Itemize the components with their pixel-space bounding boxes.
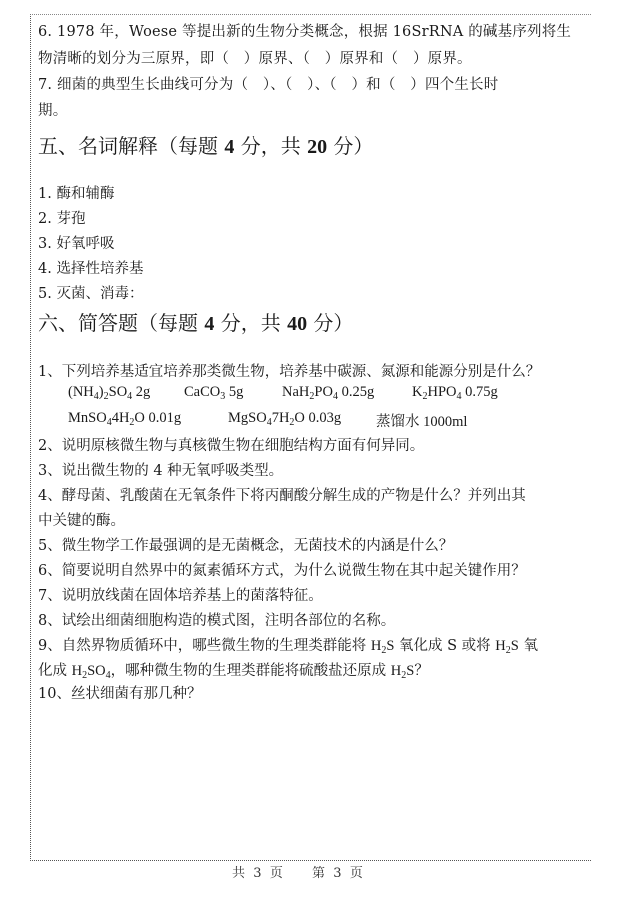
question-8: 8、试绘出细菌细胞构造的模式图，注明各部位的名称。 bbox=[38, 609, 395, 630]
question-1: 1、下列培养基适宜培养那类微生物，培养基中碳源、氮源和能源分别是什么？ bbox=[38, 360, 540, 381]
section5-points-total: 20 bbox=[307, 136, 327, 158]
page-count: 共 3 页 bbox=[232, 862, 283, 881]
section5-heading: 五、名词解释（每题 4 分，共 20 分） bbox=[38, 130, 373, 159]
question-3: 3、说出微生物的 4 种无氧呼吸类型。 bbox=[38, 459, 283, 480]
question-7: 7、说明放线菌在固体培养基上的菌落特征。 bbox=[38, 584, 323, 605]
medium-ammonium-sulfate: (NH4)2SO4 2g bbox=[68, 384, 150, 401]
question-4-line2: 中关键的酶。 bbox=[38, 509, 125, 530]
question-9-line2: 化成 H2SO4，哪种微生物的生理类群能将硫酸盐还原成 H2S？ bbox=[38, 659, 429, 680]
medium-distilled-water: 蒸馏水 1000ml bbox=[376, 410, 467, 431]
section6-heading: 六、简答题（每题 4 分，共 40 分） bbox=[38, 307, 353, 336]
term-item: 1. 酶和辅酶 bbox=[38, 182, 114, 203]
fill-in-q7-line2: 期。 bbox=[38, 99, 67, 120]
question-9-line1: 9、自然界物质循环中，哪些微生物的生理类群能将 H2S 氧化成 S 或将 H2S… bbox=[38, 634, 538, 655]
section6-points-total: 40 bbox=[287, 313, 307, 335]
term-item: 5. 灭菌、消毒： bbox=[38, 282, 143, 303]
section5-points-each: 4 bbox=[224, 136, 234, 158]
term-item: 2. 芽孢 bbox=[38, 207, 85, 228]
term-item: 4. 选择性培养基 bbox=[38, 257, 143, 278]
medium-manganese-sulfate: MnSO44H2O 0.01g bbox=[68, 410, 181, 427]
page-number: 第 3 页 bbox=[312, 862, 363, 881]
section6-points-each: 4 bbox=[204, 313, 214, 335]
medium-calcium-carbonate: CaCO3 5g bbox=[184, 384, 243, 401]
question-5: 5、微生物学工作最强调的是无菌概念，无菌技术的内涵是什么？ bbox=[38, 534, 453, 555]
medium-magnesium-sulfate: MgSO47H2O 0.03g bbox=[228, 410, 341, 427]
fill-in-q6-line2: 物清晰的划分为三原界，即（ ）原界、（ ）原界和（ ）原界。 bbox=[38, 47, 472, 68]
fill-in-q6-line1: 6. 1978 年，Woese 等提出新的生物分类概念，根据 16SrRNA 的… bbox=[38, 20, 571, 41]
question-4-line1: 4、酵母菌、乳酸菌在无氧条件下将丙酮酸分解生成的产物是什么？并列出其 bbox=[38, 484, 526, 505]
term-item: 3. 好氧呼吸 bbox=[38, 232, 114, 253]
fill-in-q7-line1: 7. 细菌的典型生长曲线可分为（ ）、（ ）、（ ）和（ ）四个生长时 bbox=[38, 73, 498, 94]
question-6: 6、简要说明自然界中的氮素循环方式，为什么说微生物在其中起关键作用？ bbox=[38, 559, 526, 580]
question-10: 10、丝状细菌有那几种？ bbox=[38, 682, 201, 703]
question-2: 2、说明原核微生物与真核微生物在细胞结构方面有何异同。 bbox=[38, 434, 424, 455]
medium-dipotassium-phosphate: K2HPO4 0.75g bbox=[412, 384, 498, 401]
medium-sodium-dihydrogen-phosphate: NaH2PO4 0.25g bbox=[282, 384, 374, 401]
